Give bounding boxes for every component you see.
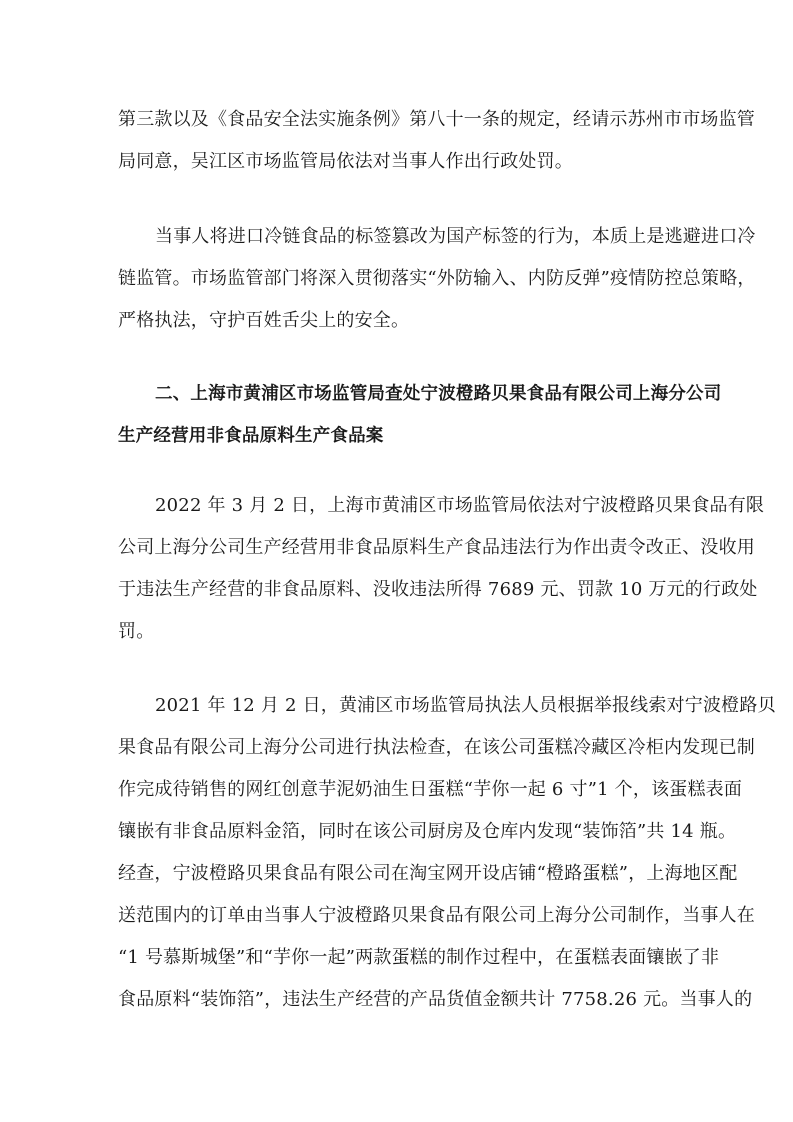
text-line: 局同意，吴江区市场监管局依法对当事人作出行政处罚。 xyxy=(118,150,573,174)
text-line: 2021 年 12 月 2 日，黄浦区市场监管局执法人员根据举报线索对宁波橙路贝 xyxy=(155,694,776,718)
text-line: 罚。 xyxy=(118,620,154,644)
text-line: 送范围内的订单由当事人宁波橙路贝果食品有限公司上海分公司制作，当事人在 xyxy=(118,904,755,928)
text-line: 果食品有限公司上海分公司进行执法检查，在该公司蛋糕冷藏区冷柜内发现已制 xyxy=(118,736,755,760)
text-line: “1 号慕斯城堡”和“芋你一起”两款蛋糕的制作过程中，在蛋糕表面镶嵌了非 xyxy=(118,946,719,970)
text-line: 第三款以及《食品安全法实施条例》第八十一条的规定，经请示苏州市市场监管 xyxy=(118,108,755,132)
text-line: 当事人将进口冷链食品的标签篡改为国产标签的行为，本质上是逃避进口冷 xyxy=(155,225,756,249)
text-line: 食品原料“装饰箔”，违法生产经营的产品货值金额共计 7758.26 元。当事人的 xyxy=(118,988,752,1012)
text-line: 镶嵌有非食品原料金箔，同时在该公司厨房及仓库内发现“装饰箔”共 14 瓶。 xyxy=(118,820,736,844)
text-line: 严格执法，守护百姓舌尖上的安全。 xyxy=(118,309,409,333)
text-line: 经查，宁波橙路贝果食品有限公司在淘宝网开设店铺“橙路蛋糕”，上海地区配 xyxy=(118,862,737,886)
text-line: 链监管。市场监管部门将深入贯彻落实“外防输入、内防反弹”疫情防控总策略， xyxy=(118,267,756,291)
text-line: 2022 年 3 月 2 日，上海市黄浦区市场监管局依法对宁波橙路贝果食品有限 xyxy=(155,494,764,518)
text-line: 于违法生产经营的非食品原料、没收违法所得 7689 元、罚款 10 万元的行政处 xyxy=(118,578,758,602)
text-line: 公司上海分公司生产经营用非食品原料生产食品违法行为作出责令改正、没收用 xyxy=(118,536,755,560)
text-line: 作完成待销售的网红创意芋泥奶油生日蛋糕“芋你一起 6 寸”1 个，该蛋糕表面 xyxy=(118,778,742,802)
heading-line: 二、上海市黄浦区市场监管局查处宁波橙路贝果食品有限公司上海分公司 xyxy=(155,382,721,406)
heading-line: 生产经营用非食品原料生产食品案 xyxy=(118,424,384,448)
